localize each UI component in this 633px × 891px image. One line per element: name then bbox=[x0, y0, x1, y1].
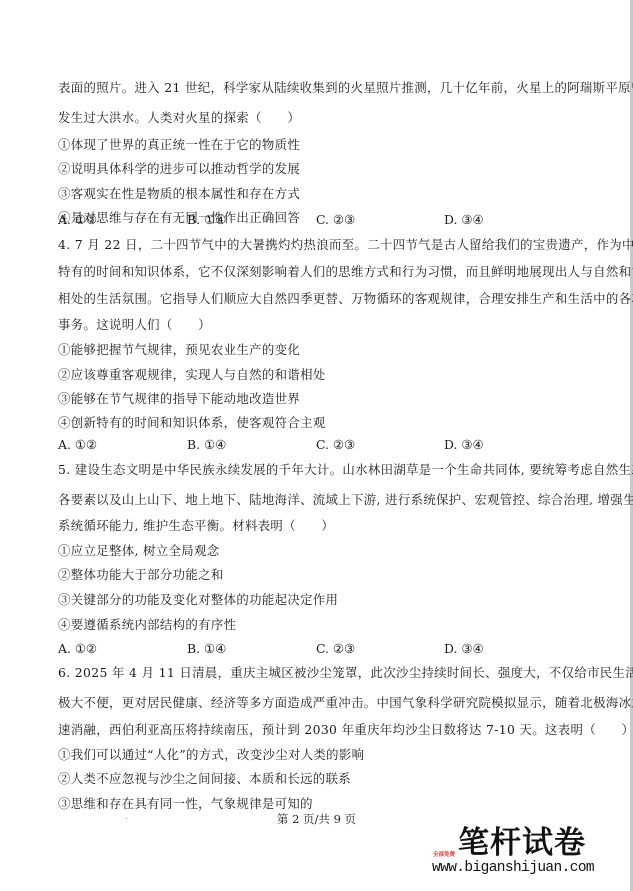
watermark-title: 笔杆试卷 bbox=[458, 826, 586, 860]
question-4-statement: ①能够把握节气规律，预见农业生产的变化 bbox=[58, 342, 300, 358]
option-a: A. ①② bbox=[58, 641, 97, 657]
question-5-statement: ①应立足整体, 树立全局观念 bbox=[58, 543, 219, 559]
question-6-text-line: 6. 2025 年 4 月 11 日清晨，重庆主城区被沙尘笼罩，此次沙尘持续时间… bbox=[58, 665, 633, 681]
question-3-text-line: 表面的照片。进入 21 世纪，科学家从陆续收集到的火星照片推测，几十亿年前，火星… bbox=[58, 80, 633, 96]
question-5-statement: ③关键部分的功能及变化对整体的功能起决定作用 bbox=[58, 592, 338, 608]
question-3-options: A. ①② B. ①④ C. ②③ D. ③④ bbox=[58, 212, 574, 228]
question-3-statement: ③客观实在性是物质的根本属性和存在方式 bbox=[58, 186, 300, 202]
option-c: C. ②③ bbox=[316, 641, 355, 657]
question-6-statement: ③思维和存在具有同一性，气象规律是可知的 bbox=[58, 796, 313, 812]
option-b: B. ①④ bbox=[187, 641, 226, 657]
option-b: B. ①④ bbox=[187, 437, 226, 453]
question-4-statement: ③能够在节气规律的指导下能动地改造世界 bbox=[58, 391, 300, 407]
option-a: A. ①② bbox=[58, 212, 97, 228]
question-4-text-line: 特有的时间和知识体系，它不仅深刻影响着人们的思维方式和行为习惯，而且鲜明地展现出… bbox=[58, 264, 633, 280]
question-4-options: A. ①② B. ①④ C. ②③ D. ③④ bbox=[58, 437, 574, 453]
option-d: D. ③④ bbox=[444, 212, 484, 228]
question-5-statement: ④要遵循系统内部结构的有序性 bbox=[58, 617, 236, 633]
question-4-statement: ④创新特有的时间和知识体系，使客观符合主观 bbox=[58, 415, 326, 431]
question-5-text-line: 系统循环能力, 维护生态平衡。材料表明（ ） bbox=[58, 518, 334, 534]
question-5-text-line: 5. 建设生态文明是中华民族永续发展的千年大计。山水林田湖草是一个生命共同体, … bbox=[58, 462, 633, 478]
question-6-text-line: 速消融，西伯利亚高压将持续南压，预计到 2030 年重庆年均沙尘日数将达 7-1… bbox=[58, 722, 633, 738]
question-6-statement: ②人类不应忽视与沙尘之间间接、本质和长远的联系 bbox=[58, 771, 351, 787]
question-6-text-line: 极大不便，更对居民健康、经济等多方面造成严重冲击。中国气象科学研究院模拟显示，随… bbox=[58, 695, 633, 711]
option-a: A. ①② bbox=[58, 437, 97, 453]
option-c: C. ②③ bbox=[316, 437, 355, 453]
question-4-text-line: 事务。这说明人们（ ） bbox=[58, 317, 211, 333]
option-c: C. ②③ bbox=[316, 212, 355, 228]
question-3-statement: ①体现了世界的真正统一性在于它的物质性 bbox=[58, 137, 300, 153]
watermark-url: www.biganshijuan.com bbox=[432, 859, 594, 877]
watermark-logo: 笔杆试卷 全部免费 www.biganshijuan.com bbox=[430, 826, 620, 881]
question-3-text-line: 发生过大洪水。人类对火星的探索（ ） bbox=[58, 110, 300, 126]
option-d: D. ③④ bbox=[444, 641, 484, 657]
question-5-text-line: 各要素以及山上山下、地上地下、陆地海洋、流域上下游, 进行系统保护、宏观管控、综… bbox=[58, 492, 633, 508]
question-4-text-line: 相处的生活氛围。它指导人们顺应大自然四季更替、万物循环的客观规律，合理安排生产和… bbox=[58, 291, 633, 307]
question-3-statement: ②说明具体科学的进步可以推动哲学的发展 bbox=[58, 161, 300, 177]
question-4-statement: ②应该尊重客观规律，实现人与自然的和谐相处 bbox=[58, 367, 326, 383]
option-b: B. ①④ bbox=[187, 212, 226, 228]
question-4-text-line: 4. 7 月 22 日，二十四节气中的大暑携灼灼热浪而至。二十四节气是古人留给我… bbox=[58, 237, 633, 253]
question-5-options: A. ①② B. ①④ C. ②③ D. ③④ bbox=[58, 641, 574, 657]
option-d: D. ③④ bbox=[444, 437, 484, 453]
question-6-statement: ①我们可以通过“人化”的方式，改变沙尘对人类的影响 bbox=[58, 747, 364, 763]
question-5-statement: ②整体功能大于部分功能之和 bbox=[58, 567, 224, 583]
watermark-tag: 全部免费 bbox=[433, 850, 455, 858]
